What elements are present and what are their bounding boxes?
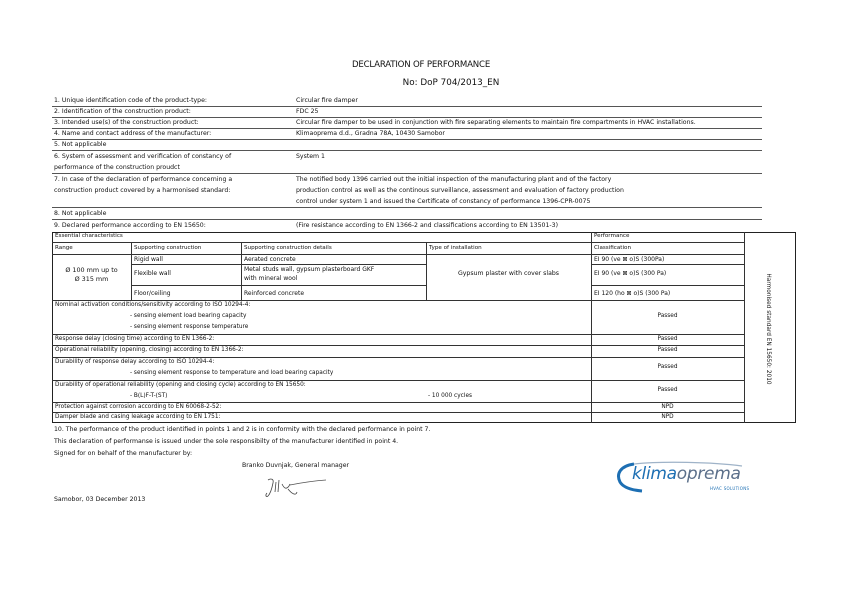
point-4-label: 4. Name and contact address of the manuf… [54, 130, 211, 138]
perf-durability-response: Passed [591, 364, 744, 371]
perf-operational-reliability: Passed [591, 347, 744, 354]
perf-leakage: NPD [591, 414, 744, 421]
place-date: Samobor, 03 December 2013 [54, 496, 145, 504]
divider [52, 117, 762, 118]
char-activation-title: Nominal activation conditions/sensitivit… [55, 302, 250, 309]
char-durability-response-sub: - sensing element response to temperatur… [130, 370, 333, 377]
classification-floor-ceiling: EI 120 (ho ⊠ o)S (300 Pa) [594, 290, 670, 297]
responsibility-statement: This declaration of performanse is issue… [54, 438, 398, 446]
divider [52, 173, 762, 174]
company-logo: klimaoprema HVAC SOLUTIONS [612, 460, 752, 496]
logo-wordmark: klimaoprema [632, 464, 741, 484]
support-flexible-wall: Flexible wall [134, 270, 171, 277]
details-flexible-wall-line1: Metal studs wall, gypsum plasterboard GK… [244, 266, 374, 273]
point-7-label-line2: construction product covered by a harmon… [54, 187, 230, 195]
point-5-label: 5. Not applicable [54, 141, 106, 149]
signatory: Branko Duvnjak, General manager [242, 462, 349, 470]
point-6-value: System 1 [296, 153, 325, 161]
point-6-label-line1: 6. System of assessment and verification… [54, 153, 231, 161]
col-classification: Classification [594, 245, 631, 252]
classification-flexible-wall: EI 90 (ve ⊠ o)S (300 Pa) [594, 270, 666, 277]
point-6-label-line2: performance of the construction proudct [54, 164, 180, 172]
char-durability-cycles: - 10 000 cycles [428, 393, 472, 400]
support-rigid-wall: Rigid wall [134, 256, 163, 263]
performance-header: Performance [594, 233, 629, 240]
char-corrosion: Protection against corrosion according t… [55, 404, 221, 411]
divider [52, 128, 762, 129]
divider [52, 207, 762, 208]
divider [52, 139, 762, 140]
char-activation-sub2: - sensing element response temperature [130, 324, 248, 331]
divider [52, 219, 762, 220]
char-operational-reliability: Operational reliability (opening, closin… [55, 347, 244, 354]
point-1-label: 1. Unique identification code of the pro… [54, 97, 207, 105]
col-supporting-construction: Supporting construction [134, 245, 201, 252]
col-supporting-details: Supporting construction details [244, 245, 332, 252]
char-response-delay: Response delay (closing time) according … [55, 336, 214, 343]
essential-characteristics-header: Essential characteristics [55, 233, 123, 240]
range-line2: Ø 315 mm [52, 275, 131, 284]
details-floor-ceiling: Reinforced concrete [244, 290, 304, 297]
point-3-label: 3. Intended use(s) of the construction p… [54, 119, 199, 127]
divider [52, 106, 762, 107]
char-activation-sub1: - sensing element load bearing capacity [130, 313, 246, 320]
support-floor-ceiling: Floor/ceiling [134, 290, 171, 297]
point-2-value: FDC 25 [296, 108, 318, 116]
point-3-value: Circular fire damper to be used in conju… [296, 119, 696, 127]
point-7-value-line1: The notified body 1396 carried out the i… [296, 176, 611, 184]
details-flexible-wall-line2: with mineral wool [244, 275, 297, 282]
details-rigid-wall: Aerated concrete [244, 256, 296, 263]
perf-activation: Passed [591, 313, 744, 320]
signature-icon [262, 474, 332, 502]
divider [52, 150, 762, 151]
document-title: DECLARATION OF PERFORMANCE [0, 60, 842, 70]
harmonised-standard-label: Harmonised standard EN 15650: 2010 [748, 236, 788, 422]
installation-type: Gypsum plaster with cover slabs [426, 270, 591, 277]
logo-tagline: HVAC SOLUTIONS [710, 486, 749, 491]
range-line1: Ø 100 mm up to [52, 266, 131, 275]
perf-durability-operational: Passed [591, 387, 744, 394]
signed-on-behalf: Signed for on behalf of the manufacturer… [54, 450, 192, 458]
char-leakage: Damper blade and casing leakage accordin… [55, 414, 220, 421]
point-7-label-line1: 7. In case of the declaration of perform… [54, 176, 232, 184]
point-1-value: Circular fire damper [296, 97, 358, 105]
classification-rigid-wall: EI 90 (ve ⊠ o)S (300Pa) [594, 256, 664, 263]
char-durability-operational: Durability of operational reliability (o… [55, 382, 306, 389]
point-9-label: 9. Declared performance according to EN … [54, 222, 206, 230]
point-8-label: 8. Not applicable [54, 210, 106, 218]
perf-corrosion: NPD [591, 404, 744, 411]
point-10: 10. The performance of the product ident… [54, 426, 430, 434]
point-7-value-line2: production control as well as the contin… [296, 187, 624, 195]
point-2-label: 2. Identification of the construction pr… [54, 108, 191, 116]
point-7-value-line3: control under system 1 and issued the Ce… [296, 198, 590, 206]
point-9-value: (Fire resistance according to EN 1366-2 … [296, 222, 558, 230]
char-durability-operational-sub: - B(L)F-T-(ST) [130, 393, 167, 400]
document-number: No: DoP 704/2013_EN [0, 78, 842, 88]
char-durability-response: Durability of response delay according t… [55, 359, 214, 366]
point-4-value: Klimaoprema d.d., Gradna 78A, 10430 Samo… [296, 130, 445, 138]
col-installation-type: Type of installation [429, 245, 482, 252]
col-range: Range [55, 245, 73, 252]
perf-response-delay: Passed [591, 336, 744, 343]
